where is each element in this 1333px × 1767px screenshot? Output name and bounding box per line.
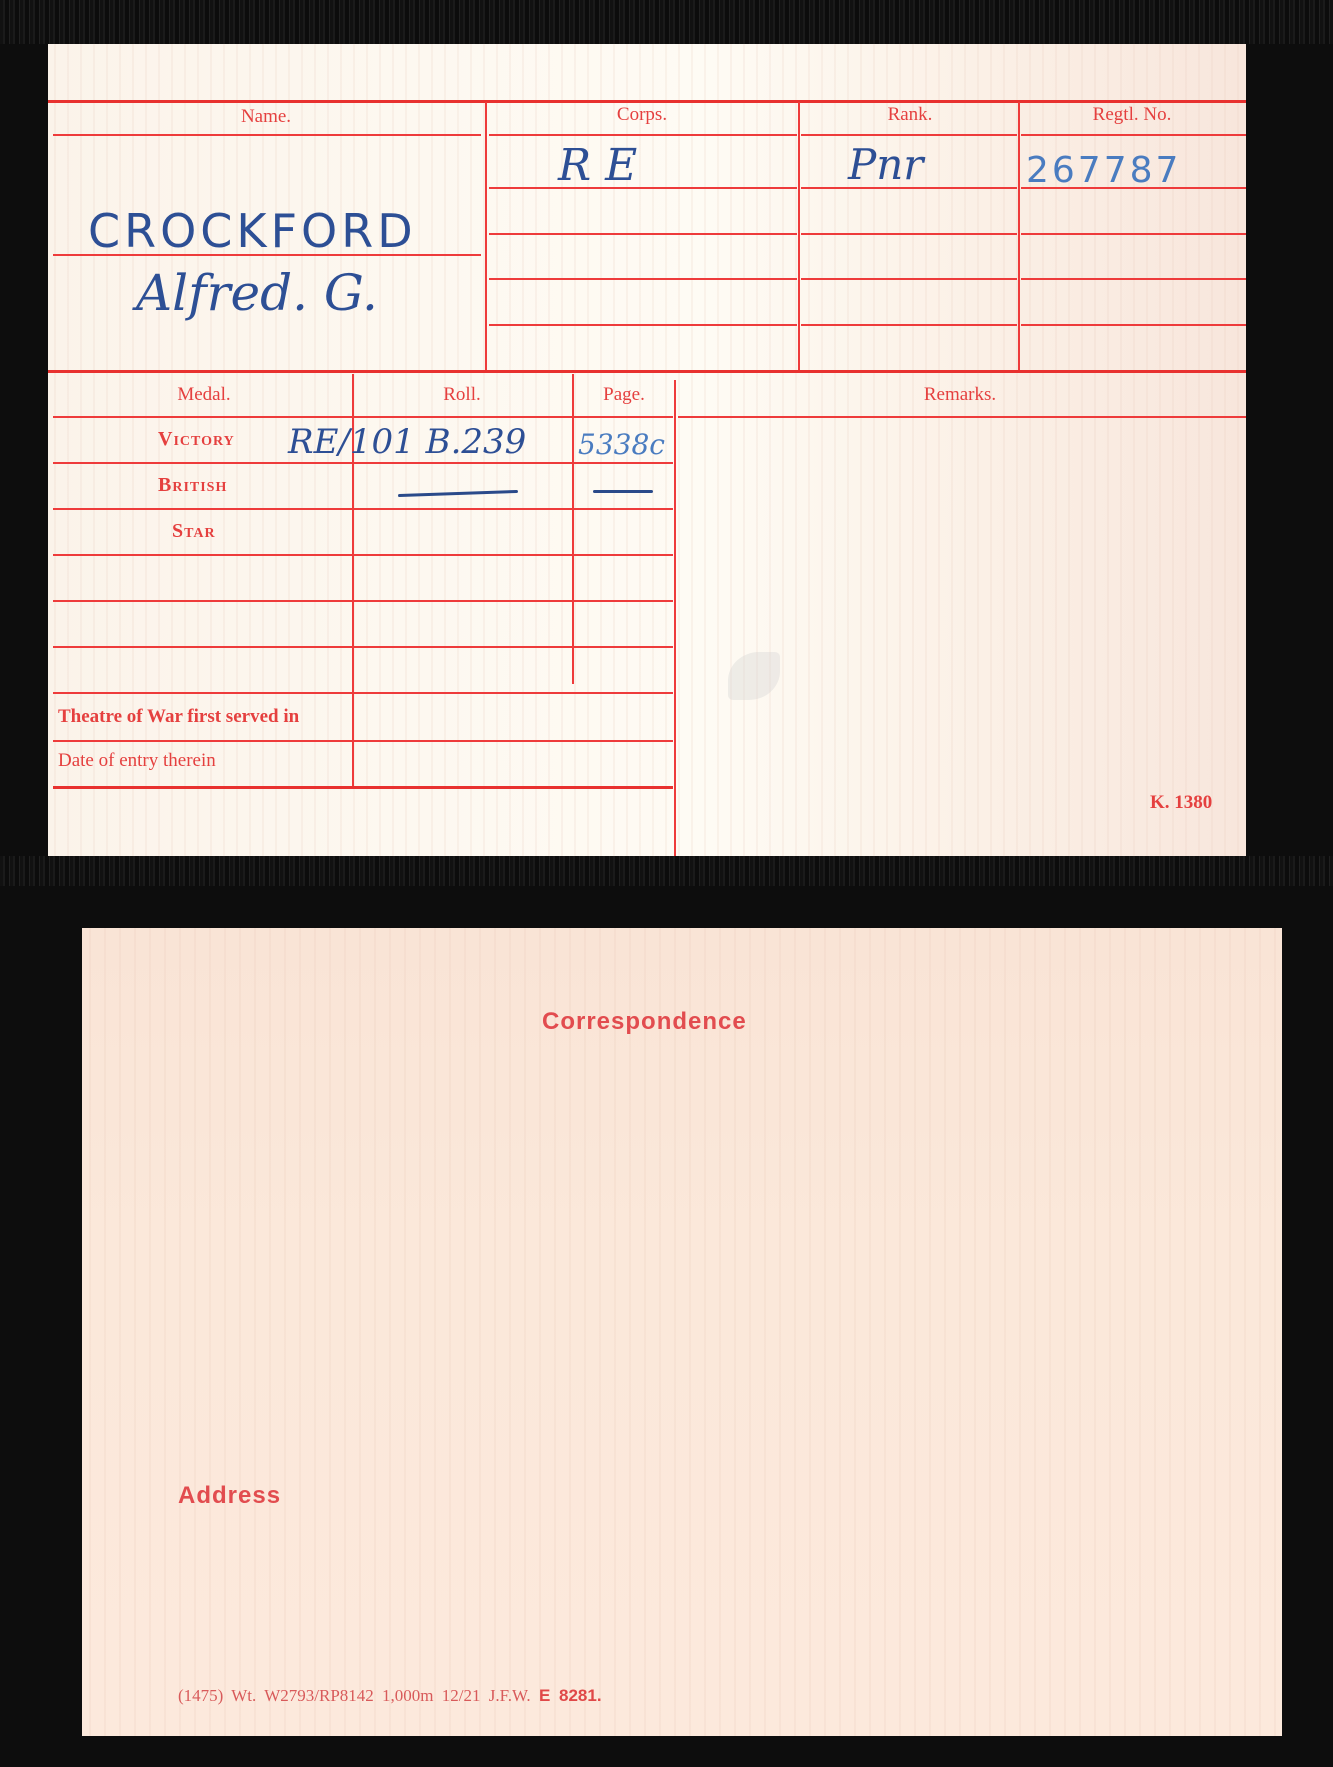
top-rule — [48, 100, 1246, 103]
divider-name-corps — [485, 102, 487, 370]
name-header-rule — [53, 134, 481, 136]
surname-entry: CROCKFORD — [88, 204, 417, 258]
divider-rank-regtl — [1018, 102, 1020, 370]
medal-header: Medal. — [177, 384, 230, 406]
corps-rule-2 — [489, 187, 797, 189]
regtl-rule-5 — [1021, 324, 1246, 326]
form-code: K. 1380 — [1150, 792, 1212, 814]
theatre-row-rule — [53, 740, 673, 742]
medal-table-header-rule — [53, 416, 673, 418]
corps-rule-3 — [489, 233, 797, 235]
printer-imprint: (1475) Wt. W2793/RP8142 1,000m 12/21 J.F… — [178, 1686, 602, 1706]
medal-star-label: Star — [172, 520, 216, 543]
rank-rule-5 — [801, 324, 1017, 326]
correspondence-heading: Correspondence — [542, 1008, 747, 1036]
rank-entry: Pnr — [848, 140, 923, 189]
corps-entry: R E — [558, 140, 637, 191]
victory-page-entry: 5338c — [578, 428, 665, 461]
medal-row-rule-4 — [53, 600, 673, 602]
medal-section-rule — [48, 370, 1246, 373]
corps-rule-5 — [489, 324, 797, 326]
forenames-entry: Alfred. G. — [136, 264, 378, 322]
british-page-ditto-mark — [593, 490, 653, 493]
imprint-code: E 8281. — [539, 1686, 602, 1705]
divider-corps-rank — [798, 102, 800, 370]
medal-row-rule-3 — [53, 554, 673, 556]
address-heading: Address — [178, 1482, 281, 1510]
medal-index-card-front: Name. Corps. Rank. Regtl. No. CROCKFORD … — [48, 44, 1246, 856]
rank-rule-1 — [801, 134, 1017, 136]
theatre-of-war-label: Theatre of War first served in — [58, 706, 299, 728]
divider-page-remarks — [674, 380, 676, 856]
page-header: Page. — [603, 384, 645, 406]
roll-header: Roll. — [443, 384, 480, 406]
corps-rule-4 — [489, 278, 797, 280]
date-of-entry-label: Date of entry therein — [58, 750, 216, 772]
rank-rule-4 — [801, 278, 1017, 280]
medal-row-rule-5 — [53, 646, 673, 648]
remarks-header-rule — [678, 416, 1246, 418]
regtl-rule-4 — [1021, 278, 1246, 280]
regtl-no-header: Regtl. No. — [1093, 104, 1172, 126]
medal-row-rule-2 — [53, 508, 673, 510]
medal-victory-label: Victory — [158, 428, 235, 451]
date-row-rule — [53, 786, 673, 789]
medal-row-rule-1 — [53, 462, 673, 464]
scanner-background-top — [0, 0, 1333, 44]
medal-index-card-back: Correspondence Address (1475) Wt. W2793/… — [82, 928, 1282, 1736]
rank-header: Rank. — [888, 104, 933, 126]
imprint-text: (1475) Wt. W2793/RP8142 1,000m 12/21 J.F… — [178, 1686, 531, 1705]
regtl-rule-3 — [1021, 233, 1246, 235]
corps-header: Corps. — [617, 104, 667, 126]
medal-row-rule-6 — [53, 692, 673, 694]
regtl-no-entry: 267787 — [1026, 150, 1181, 191]
rank-rule-3 — [801, 233, 1017, 235]
divider-roll-page — [572, 374, 574, 684]
name-header: Name. — [241, 106, 291, 128]
scanner-background-middle — [0, 856, 1333, 886]
victory-roll-entry: RE/101 B.239 — [288, 422, 526, 462]
remarks-header: Remarks. — [924, 384, 996, 406]
corps-rule-1 — [489, 134, 797, 136]
leaf-watermark-icon — [728, 652, 780, 700]
regtl-rule-1 — [1021, 134, 1246, 136]
medal-british-label: British — [158, 474, 227, 497]
british-roll-ditto-mark — [398, 490, 518, 497]
